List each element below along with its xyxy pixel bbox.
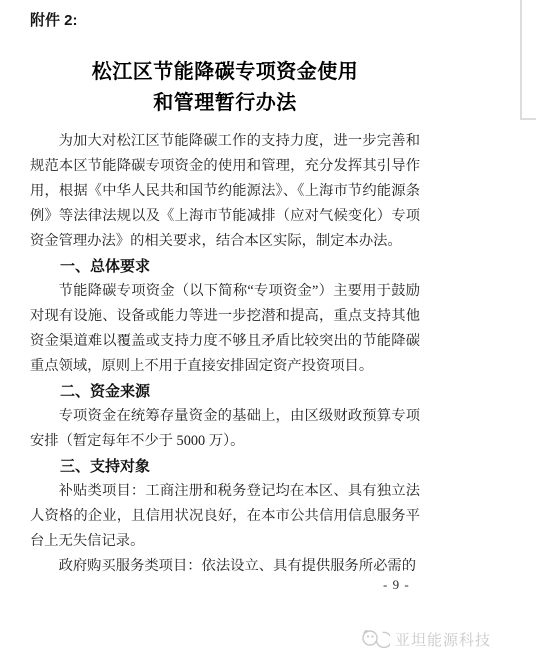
- adjacent-page-edge-horizontal: [520, 118, 536, 120]
- intro-paragraph: 为加大对松江区节能降碳工作的支持力度，进一步完善和规范本区节能降碳专项资金的使用…: [30, 129, 420, 254]
- yatan-logo-icon: [360, 627, 390, 651]
- attachment-label: 附件 2:: [30, 8, 420, 33]
- document-content: 附件 2: 松江区节能降碳专项资金使用 和管理暂行办法 为加大对松江区节能降碳工…: [30, 8, 420, 579]
- page-title-line-1: 松江区节能降碳专项资金使用: [30, 57, 420, 88]
- page-number: - 9 -: [383, 577, 410, 593]
- watermark-text: 亚坦能源科技: [395, 629, 491, 650]
- section-heading-fund-source: 二、资金来源: [30, 379, 420, 404]
- section-paragraph: 补贴类项目：工商注册和税务登记均在本区、具有独立法人资格的企业，且信用状况良好，…: [30, 479, 420, 554]
- page-title-line-2: 和管理暂行办法: [30, 88, 420, 119]
- page-title: 松江区节能降碳专项资金使用 和管理暂行办法: [30, 57, 420, 119]
- section-heading-overall-requirements: 一、总体要求: [30, 254, 420, 279]
- document-page: 附件 2: 松江区节能降碳专项资金使用 和管理暂行办法 为加大对松江区节能降碳工…: [0, 0, 536, 668]
- section-paragraph: 专项资金在统筹存量资金的基础上，由区级财政预算专项安排（暂定每年不少于 5000…: [30, 404, 420, 454]
- section-paragraph: 节能降碳专项资金（以下简称“专项资金”）主要用于鼓励对现有设施、设备或能力等进一…: [30, 279, 420, 379]
- section-heading-support-targets: 三、支持对象: [30, 454, 420, 479]
- section-paragraph: 政府购买服务类项目：依法设立、具有提供服务所必需的: [30, 554, 420, 579]
- adjacent-page-edge-vertical: [520, 0, 522, 118]
- watermark: 亚坦能源科技: [360, 627, 491, 651]
